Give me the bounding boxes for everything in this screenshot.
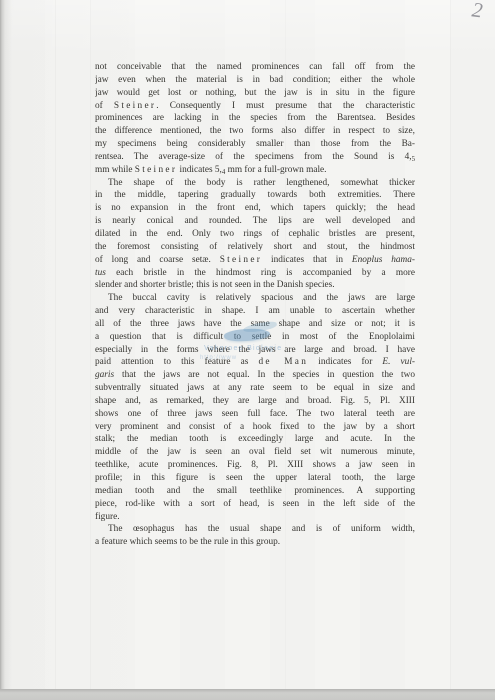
text-line: in the middle, tapering gradually toward… <box>95 189 415 202</box>
text-line: the difference mentioned, the two forms … <box>95 125 415 138</box>
text-line: jaw even when the material is in bad con… <box>95 74 415 87</box>
text-line: The œsophagus has the usual shape and is… <box>95 523 415 536</box>
text-line: stalk; the median tooth is exceedingly l… <box>95 433 415 446</box>
text-line: subventrally situated jaws at any rate s… <box>95 382 415 395</box>
text-line: and very characteristic in shape. I am u… <box>95 305 415 318</box>
text-line: of long and coarse setæ. Steiner indicat… <box>95 254 415 267</box>
paragraph: The œsophagus has the usual shape and is… <box>95 523 415 549</box>
text-line: shows one of three jaws seen full face. … <box>95 408 415 421</box>
text-line: piece, rod-like with a sort of head, is … <box>95 498 415 511</box>
text-line: slender and shorter bristle; this is not… <box>95 279 415 292</box>
text-line: median tooth and the small teethlike pro… <box>95 485 415 498</box>
text-line: middle of the jaw is seen an oval field … <box>95 446 415 459</box>
watermark-text: Vakgroep Biologie <box>204 345 282 352</box>
text-line: profile; in this figure is seen the uppe… <box>95 472 415 485</box>
paper-crease-line <box>90 0 91 689</box>
paper-crease-line <box>450 0 451 689</box>
text-line: mm while Steiner indicates 5,4 mm for a … <box>95 164 415 177</box>
page-edge-left <box>0 0 12 700</box>
text-line: figure. <box>95 511 415 524</box>
text-line: The buccal cavity is relatively spacious… <box>95 292 415 305</box>
text-line: a feature which seems to be the rule in … <box>95 536 415 549</box>
text-line: garis that the jaws are not equal. In th… <box>95 369 415 382</box>
paragraph: not conceivable that the named prominenc… <box>95 61 415 177</box>
text-line: of Steiner. Consequently I must presume … <box>95 100 415 113</box>
page-edge-bottom <box>0 689 495 700</box>
text-line: is no expansion in the front end, which … <box>95 202 415 215</box>
text-line: tus each bristle in the hindmost ring is… <box>95 267 415 280</box>
text-line: shape and, as remarked, they are large a… <box>95 395 415 408</box>
text-block: not conceivable that the named prominenc… <box>95 61 415 549</box>
text-line: my specimens being considerably smaller … <box>95 138 415 151</box>
paper-crease-line <box>55 0 56 689</box>
text-line: rentsea. The average-size of the specime… <box>95 151 415 164</box>
text-line: teethlike, acute prominences. Fig. 8, Pl… <box>95 459 415 472</box>
text-line: The shape of the body is rather lengthen… <box>95 177 415 190</box>
text-line: the foremost consisting of relatively sh… <box>95 241 415 254</box>
paragraph: The shape of the body is rather lengthen… <box>95 177 415 293</box>
handwritten-page-number: 2 <box>471 0 484 22</box>
watermark-text: http://www <box>200 355 237 361</box>
text-line: dilated in the end. Only two rings of ce… <box>95 228 415 241</box>
text-line: is nearly conical and rounded. The lips … <box>95 215 415 228</box>
text-line: very prominent and consist of a hook fix… <box>95 421 415 434</box>
text-line: not conceivable that the named prominenc… <box>95 61 415 74</box>
text-line: prominences are lacking in the species f… <box>95 112 415 125</box>
text-line: paid attention to this feature as de Man… <box>95 356 415 369</box>
scanned-page: 2 not conceivable that the named promine… <box>0 0 495 700</box>
text-line: jaw would get lost or nothing, but the j… <box>95 87 415 100</box>
